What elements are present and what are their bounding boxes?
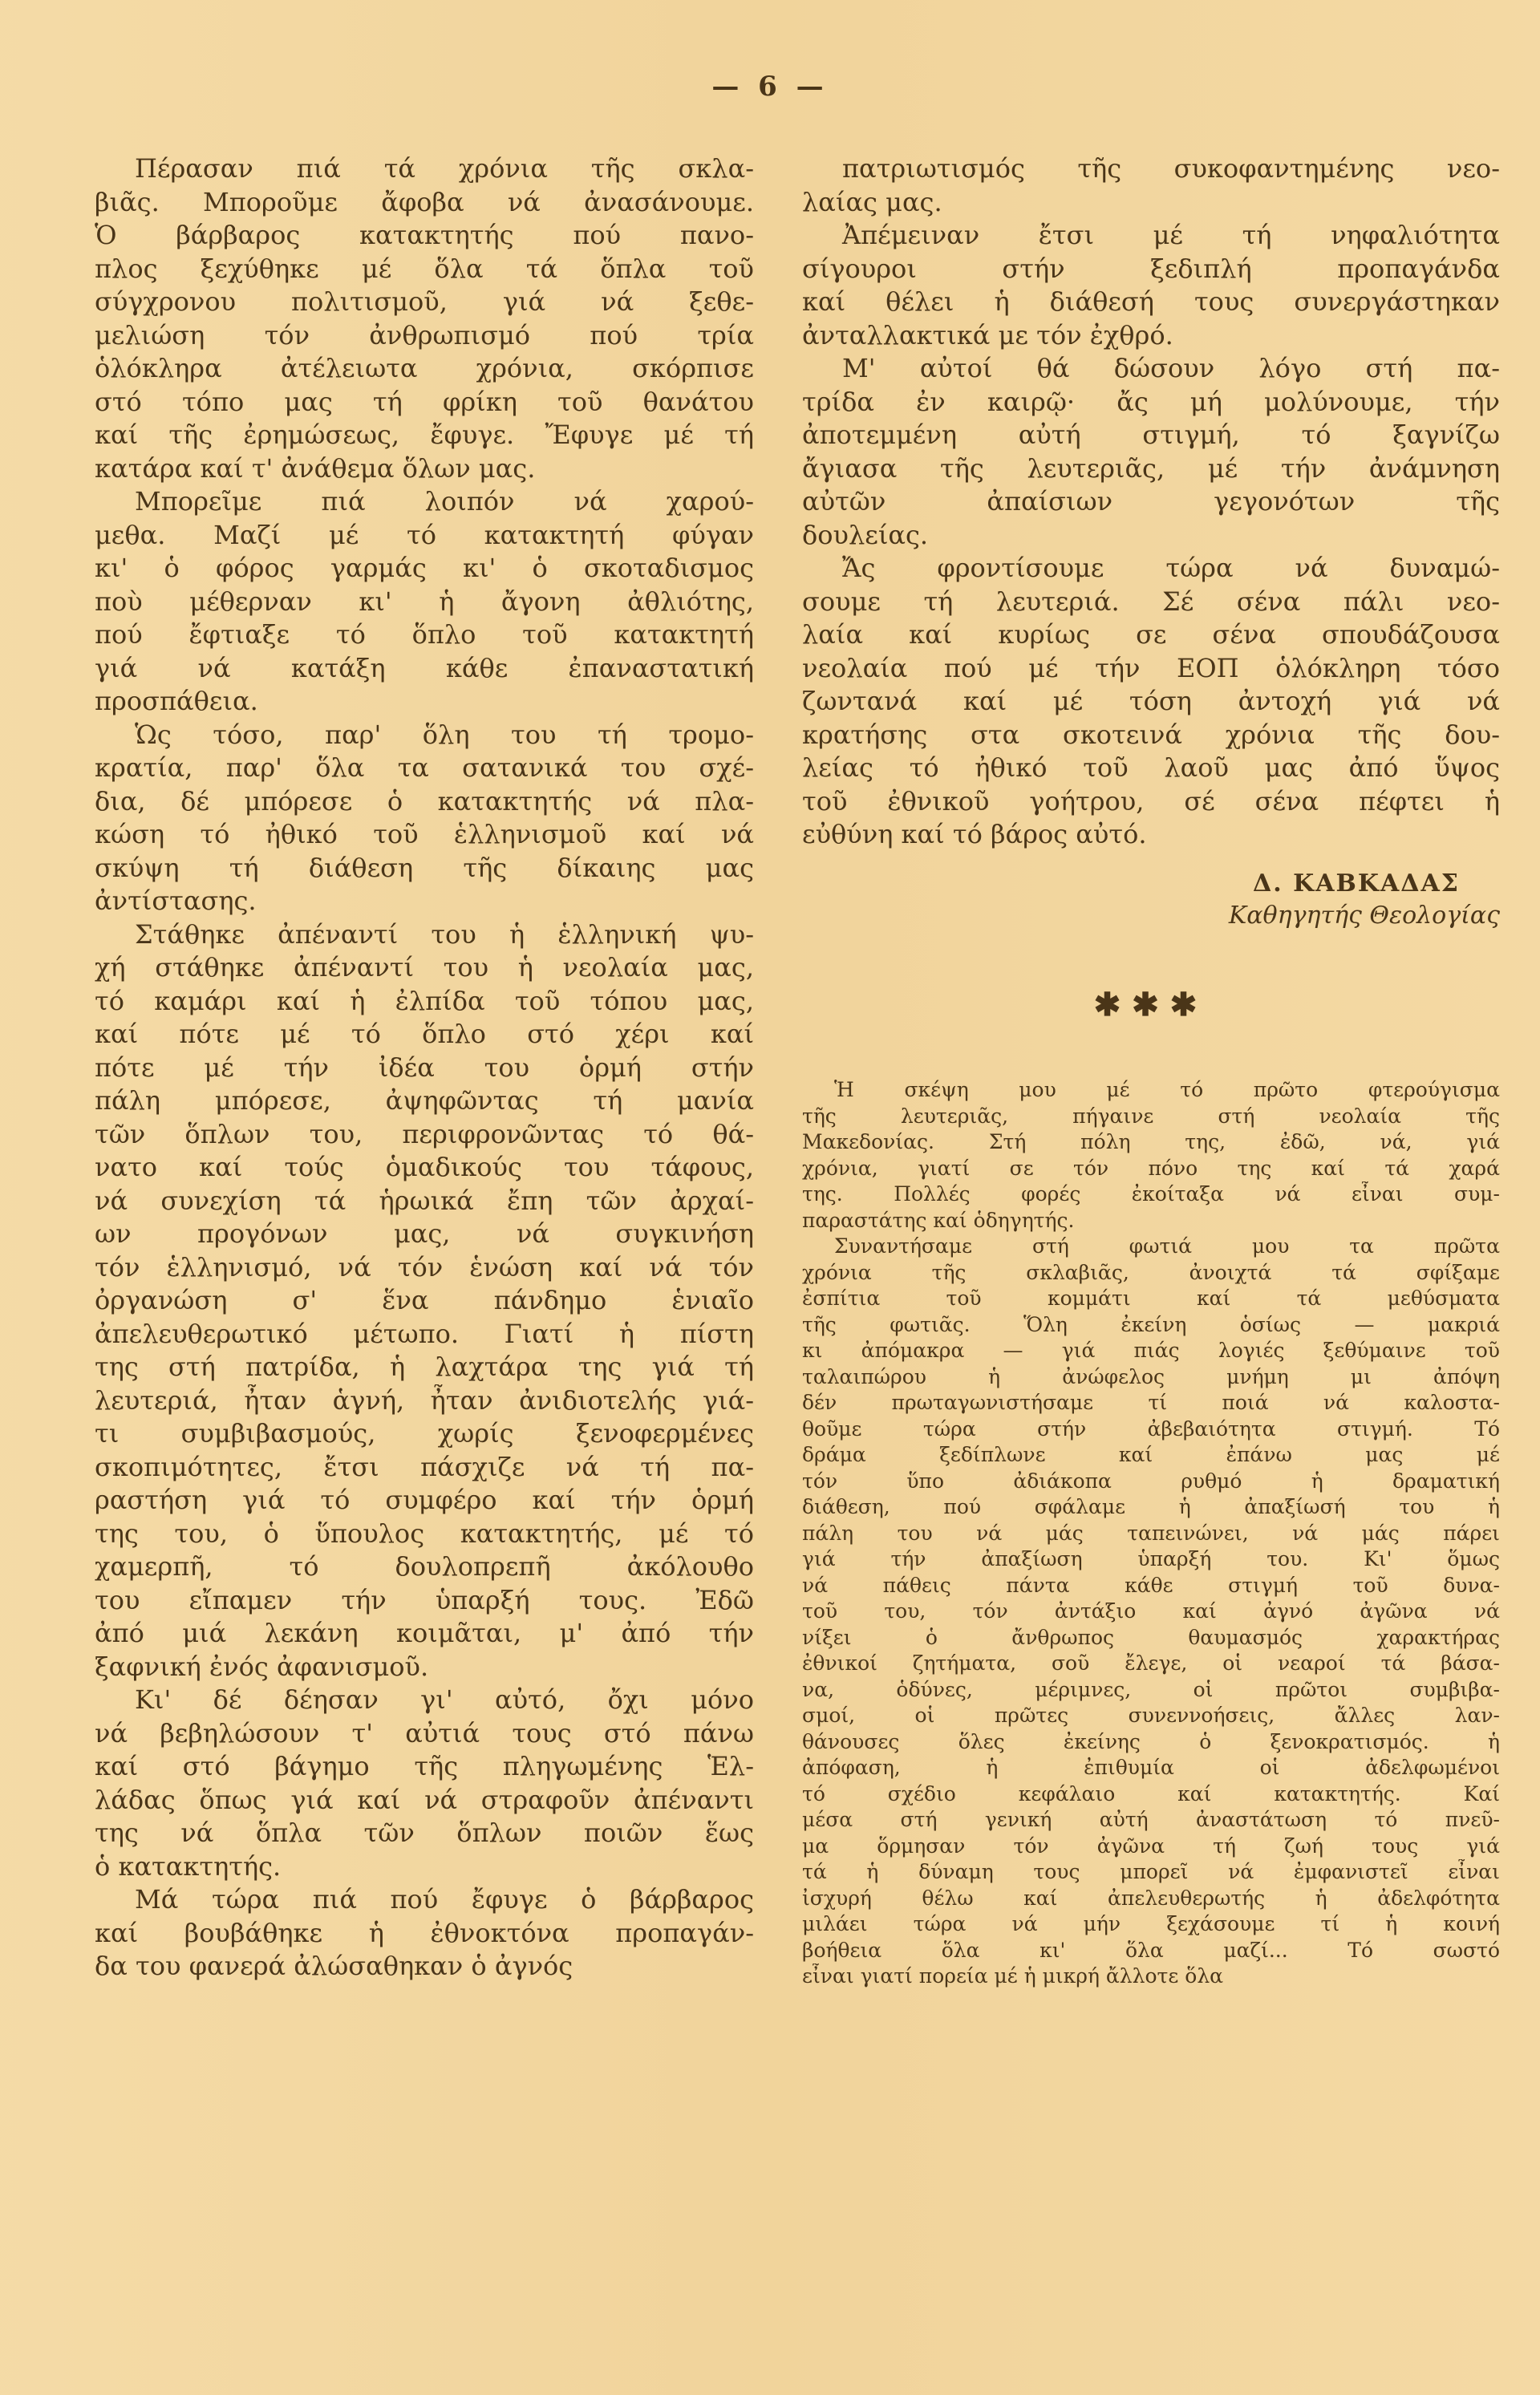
text-line: πατριωτισμός τῆς συκοφαντημένης νεο- [802, 152, 1500, 186]
text-line: κι ἀπόμακρα — γιά πιάς λογιές ξεθύμαινε … [802, 1338, 1500, 1364]
text-line: γιά τήν ἀπαξίωση ὑπαρξή του. Κι' ὅμως [802, 1546, 1500, 1573]
text-line: κρατήσης στα σκοτεινά χρόνια τῆς δου- [802, 719, 1500, 752]
paragraph: πατριωτισμός τῆς συκοφαντημένης νεο-λαία… [802, 152, 1500, 219]
text-line: λαία καί κυρίως σε σένα σπουδάζουσα [802, 618, 1500, 652]
text-line: κι' ὁ φόρος γαρμάς κι' ὁ σκοταδισμος [95, 552, 754, 586]
paragraph: Ὡς τόσο, παρ' ὅλη του τή τρομο-κρατία, π… [95, 719, 754, 918]
left-column: Πέρασαν πιά τά χρόνια τῆς σκλα-βιᾶς. Μπο… [95, 152, 754, 1984]
text-line: της στή πατρίδα, ἡ λαχτάρα της γιά τή [95, 1351, 754, 1384]
paragraph: Συναντήσαμε στή φωτιά μου τα πρῶταχρόνια… [802, 1234, 1500, 1990]
text-line: διάθεση, πού σφάλαμε ἡ ἀπαξίωσή του ἡ [802, 1494, 1500, 1521]
text-line: χρόνια τῆς σκλαβιᾶς, ἀνοιχτά τά σφίξαμε [802, 1260, 1500, 1287]
text-line: ἀπελευθερωτικό μέτωπο. Γιατί ἡ πίστη [95, 1318, 754, 1351]
text-line: χαμερπῆ, τό δουλοπρεπῆ ἀκόλουθο [95, 1550, 754, 1584]
article-signature: Δ. ΚΑΒΚΑΔΑΣ Καθηγητής Θεολογίας [802, 868, 1500, 932]
text-line: δια, δέ μπόρεσε ὁ κατακτητής νά πλα- [95, 785, 754, 819]
text-line: ζωντανά καί μέ τόση ἀντοχή γιά νά [802, 685, 1500, 719]
text-line: καί πότε μέ τό ὅπλο στό χέρι καί [95, 1018, 754, 1052]
text-line: Κι' δέ δέησαν γι' αὐτό, ὄχι μόνο [95, 1684, 754, 1717]
text-line: εἶναι γιατί πορεία μέ ἡ μικρή ἄλλοτε ὅλα [802, 1963, 1500, 1990]
text-line: σκοπιμότητες, ἔτσι πάσχιζε νά τή πα- [95, 1451, 754, 1485]
paragraph: Ἡ σκέψη μου μέ τό πρῶτο φτερούγισματῆς λ… [802, 1077, 1500, 1234]
text-line: νατο καί τούς ὁμαδικούς του τάφους, [95, 1151, 754, 1185]
text-line: τόν ἑλληνισμό, νά τόν ἑνώση καί νά τόν [95, 1251, 754, 1285]
text-line: κρατία, παρ' ὅλα τα σατανικά του σχέ- [95, 752, 754, 785]
text-line: Ἄς φροντίσουμε τώρα νά δυναμώ- [802, 552, 1500, 586]
text-line: δέν πρωταγωνιστήσαμε τί ποιά νά καλοστα- [802, 1390, 1500, 1416]
text-line: πάλη μπόρεσε, ἀψηφῶντας τή μανία [95, 1084, 754, 1118]
text-line: ἀντίστασης. [95, 885, 754, 918]
text-line: νεολαία πού μέ τήν ΕΟΠ ὁλόκληρη τόσο [802, 652, 1500, 686]
text-line: τῶν ὅπλων του, περιφρονῶντας τό θά- [95, 1118, 754, 1152]
text-line: Ἡ σκέψη μου μέ τό πρῶτο φτερούγισμα [802, 1077, 1500, 1104]
text-line: λείας τό ἠθικό τοῦ λαοῦ μας ἀπό ὕψος [802, 752, 1500, 785]
text-line: ὁ κατακτητής. [95, 1850, 754, 1884]
text-line: ων προγόνων μας, νά συγκινήση [95, 1218, 754, 1251]
text-line: μιλάει τώρα νά μήν ξεχάσουμε τί ἡ κοινή [802, 1911, 1500, 1938]
paragraph: Στάθηκε ἀπέναντί του ἡ ἑλληνική ψυ-χή στ… [95, 918, 754, 1684]
text-line: νά πάθεις πάντα κάθε στιγμή τοῦ δυνα- [802, 1573, 1500, 1599]
text-line: ὀργανώση σ' ἕνα πάνδημο ἑνιαῖο [95, 1284, 754, 1318]
text-line: Πέρασαν πιά τά χρόνια τῆς σκλα- [95, 152, 754, 186]
text-line: τοῦ του, τόν ἀντάξιο καί ἀγνό ἀγῶνα νά [802, 1599, 1500, 1625]
text-line: σμοί, οἱ πρῶτες συνεννοήσεις, ἄλλες λαν- [802, 1703, 1500, 1729]
text-line: γιά νά κατάξη κάθε ἐπαναστατική [95, 652, 754, 686]
text-line: βοήθεια ὅλα κι' ὅλα μαζί... Τό σωστό [802, 1938, 1500, 1964]
text-line: θάνουσες ὅλες ἐκείνης ὁ ξενοκρατισμός. ἡ [802, 1729, 1500, 1756]
text-line: ἐσπίτια τοῦ κομμάτι καί τά μεθύσματα [802, 1286, 1500, 1312]
text-line: προσπάθεια. [95, 685, 754, 719]
text-line: Ἀπέμειναν ἔτσι μέ τή νηφαλιότητα [802, 219, 1500, 253]
text-line: νά συνεχίση τά ἡρωικά ἔπη τῶν ἀρχαί- [95, 1185, 754, 1218]
paragraph: Κι' δέ δέησαν γι' αὐτό, ὄχι μόνονά βεβηλ… [95, 1684, 754, 1883]
text-line: ἄγιασα τῆς λευτεριᾶς, μέ τήν ἀνάμνηση [802, 452, 1500, 486]
text-line: εὐθύνη καί τό βάρος αὐτό. [802, 818, 1500, 852]
text-line: στό τόπο μας τή φρίκη τοῦ θανάτου [95, 386, 754, 419]
text-line: μα ὅρμησαν τόν ἀγῶνα τή ζωή τους γιά [802, 1834, 1500, 1860]
text-line: χή στάθηκε ἀπέναντί του ἡ νεολαία μας, [95, 951, 754, 985]
text-line: ραστήση γιά τό συμφέρο καί τήν ὁρμή [95, 1484, 754, 1518]
text-line: τι συμβιβασμούς, χωρίς ξενοφερμένες [95, 1417, 754, 1451]
text-line: τό σχέδιο κεφάλαιο καί κατακτητής. Καί [802, 1781, 1500, 1808]
text-line: ἀνταλλακτικά με τόν ἐχθρό. [802, 319, 1500, 353]
article-body-continued: πατριωτισμός τῆς συκοφαντημένης νεο-λαία… [802, 152, 1500, 852]
text-line: κώση τό ἠθικό τοῦ ἑλληνισμοῦ καί νά [95, 818, 754, 852]
text-line: Μά τώρα πιά πού ἔφυγε ὁ βάρβαρος [95, 1883, 754, 1917]
paragraph: Μπορεῖμε πιά λοιπόν νά χαρού-μεθα. Μαζί … [95, 485, 754, 719]
text-line: τό καμάρι καί ἡ ἐλπίδα τοῦ τόπου μας, [95, 985, 754, 1019]
section-separator-stars: ✱✱✱ [802, 988, 1500, 1022]
text-line: καί τῆς ἐρημώσεως, ἔφυγε. Ἔφυγε μέ τή [95, 419, 754, 452]
text-line: θοῦμε τώρα στήν ἀβεβαιότητα στιγμή. Τό [802, 1416, 1500, 1443]
text-line: ἰσχυρή θέλω καί ἀπελευθερωτής ἡ ἀδελφότη… [802, 1886, 1500, 1912]
text-line: τά ἡ δύναμη τους μπορεῖ νά ἐμφανιστεῖ εἶ… [802, 1859, 1500, 1886]
text-line: πού ἔφτιαξε τό ὅπλο τοῦ κατακτητή [95, 618, 754, 652]
text-line: δράμα ξεδίπλωνε καί ἐπάνω μας μέ [802, 1442, 1500, 1469]
text-line: τῆς λευτεριᾶς, πήγαινε στή νεολαία τῆς [802, 1104, 1500, 1130]
text-line: τόν ὕπο ἀδιάκοπα ρυθμό ἡ δραματική [802, 1469, 1500, 1495]
text-line: δουλείας. [802, 519, 1500, 553]
paragraph: Μά τώρα πιά πού ἔφυγε ὁ βάρβαροςκαί βουβ… [95, 1883, 754, 1984]
text-line: του εἴπαμεν τήν ὑπαρξή τους. Ἐδῶ [95, 1584, 754, 1618]
paragraph: Ἄς φροντίσουμε τώρα νά δυναμώ-σουμε τή λ… [802, 552, 1500, 852]
text-line: Στάθηκε ἀπέναντί του ἡ ἑλληνική ψυ- [95, 918, 754, 952]
second-article-body: Ἡ σκέψη μου μέ τό πρῶτο φτερούγισματῆς λ… [802, 1077, 1500, 1990]
text-line: πότε μέ τήν ἰδέα του ὁρμή στήν [95, 1052, 754, 1085]
text-line: νά βεβηλώσουν τ' αὐτιά τους στό πάνω [95, 1717, 754, 1751]
text-line: ὁλόκληρα ἀτέλειωτα χρόνια, σκόρπισε [95, 352, 754, 386]
text-line: σουμε τή λευτεριά. Σέ σένα πάλι νεο- [802, 586, 1500, 619]
text-line: τρίδα ἐν καιρῷ· ἄς μή μολύνουμε, τήν [802, 386, 1500, 419]
text-line: ἀπό μιά λεκάνη κοιμᾶται, μ' ἀπό τήν [95, 1617, 754, 1651]
right-column: πατριωτισμός τῆς συκοφαντημένης νεο-λαία… [802, 152, 1500, 1990]
paragraph: Ἀπέμειναν ἔτσι μέ τή νηφαλιότητασίγουροι… [802, 219, 1500, 352]
text-line: Μακεδονίας. Στή πόλη της, ἐδῶ, νά, γιά [802, 1129, 1500, 1156]
text-line: δα του φανερά ἀλώσαθηκαν ὁ ἀγνός [95, 1950, 754, 1984]
text-line: μέσα στή γενική αὐτή ἀναστάτωση τό πνεῦ- [802, 1807, 1500, 1834]
text-line: σύγχρονου πολιτισμοῦ, γιά νά ξεθε- [95, 286, 754, 319]
text-line: αὐτῶν ἀπαίσιων γεγονότων τῆς [802, 485, 1500, 519]
text-line: να, ὁδύνες, μέριμνες, οἱ πρῶτοι συμβιβα- [802, 1677, 1500, 1704]
text-line: ταλαιπώρου ἡ ἀνώφελος μνήμη μι ἀπόψη [802, 1364, 1500, 1391]
text-line: χρόνια, γιατί σε τόν πόνο της καί τά χαρ… [802, 1156, 1500, 1182]
text-line: κατάρα καί τ' ἀνάθεμα ὅλων μας. [95, 452, 754, 486]
text-line: μελιώση τόν ἀνθρωπισμό πού τρία [95, 319, 754, 353]
text-line: ξαφνική ἐνός ἀφανισμοῦ. [95, 1651, 754, 1684]
text-line: Ὁ βάρβαρος κατακτητής πού πανο- [95, 219, 754, 253]
text-line: Ὡς τόσο, παρ' ὅλη του τή τρομο- [95, 719, 754, 752]
author-title: Καθηγητής Θεολογίας [802, 900, 1500, 932]
text-line: τῆς φωτιᾶς. Ὅλη ἐκείνη ὁσίως — μακριά [802, 1312, 1500, 1339]
text-line: βιᾶς. Μποροῦμε ἄφοβα νά ἀνασάνουμε. [95, 186, 754, 220]
author-name: Δ. ΚΑΒΚΑΔΑΣ [802, 868, 1500, 900]
text-line: ποὺ μέθερναν κι' ἡ ἄγονη ἀθλιότης, [95, 586, 754, 619]
page-number: — 6 — [0, 71, 1540, 103]
text-line: μεθα. Μαζί μέ τό κατακτητή φύγαν [95, 519, 754, 553]
text-line: Μ' αὐτοί θά δώσουν λόγο στή πα- [802, 352, 1500, 386]
text-line: της. Πολλές φορές ἐκοίταξα νά εἶναι συμ- [802, 1181, 1500, 1208]
text-line: σίγουροι στήν ξεδιπλή προπαγάνδα [802, 253, 1500, 286]
paragraph: Μ' αὐτοί θά δώσουν λόγο στή πα-τρίδα ἐν … [802, 352, 1500, 552]
text-line: παραστάτης καί ὁδηγητής. [802, 1208, 1500, 1234]
text-line: σκύψη τή διάθεση τῆς δίκαιης μας [95, 852, 754, 885]
text-line: λευτεριά, ἦταν ἁγνή, ἦταν ἀνιδιοτελής γι… [95, 1384, 754, 1418]
text-line: ἀποτεμμένη αὐτή στιγμή, τό ξαγνίζω [802, 419, 1500, 452]
text-line: τοῦ ἐθνικοῦ γοήτρου, σέ σένα πέφτει ἡ [802, 785, 1500, 819]
text-line: λαίας μας. [802, 186, 1500, 220]
text-line: καί βουβάθηκε ἡ ἐθνοκτόνα προπαγάν- [95, 1917, 754, 1951]
text-line: Μπορεῖμε πιά λοιπόν νά χαρού- [95, 485, 754, 519]
text-line: καί θέλει ἡ διάθεσή τους συνεργάστηκαν [802, 286, 1500, 319]
text-line: νίξει ὁ ἄνθρωπος θαυμασμός χαρακτήρας [802, 1625, 1500, 1651]
text-line: πάλη του νά μάς ταπεινώνει, νά μάς πάρει [802, 1521, 1500, 1547]
text-line: καί στό βάγημο τῆς πληγωμένης Ἑλ- [95, 1750, 754, 1784]
text-line: της του, ὁ ὕπουλος κατακτητής, μέ τό [95, 1518, 754, 1551]
paragraph: Πέρασαν πιά τά χρόνια τῆς σκλα-βιᾶς. Μπο… [95, 152, 754, 485]
text-line: της νά ὅπλα τῶν ὅπλων ποιῶν ἕως [95, 1817, 754, 1850]
text-line: πλος ξεχύθηκε μέ ὅλα τά ὅπλα τοῦ [95, 253, 754, 286]
text-line: Συναντήσαμε στή φωτιά μου τα πρῶτα [802, 1234, 1500, 1260]
text-line: ἐθνικοί ζητήματα, σοῦ ἔλεγε, οἱ νεαροί τ… [802, 1651, 1500, 1677]
text-line: ἀπόφαση, ἡ ἐπιθυμία οἱ ἀδελφωμένοι [802, 1755, 1500, 1781]
text-line: λάδας ὅπως γιά καί νά στραφοῦν ἀπέναντι [95, 1784, 754, 1818]
